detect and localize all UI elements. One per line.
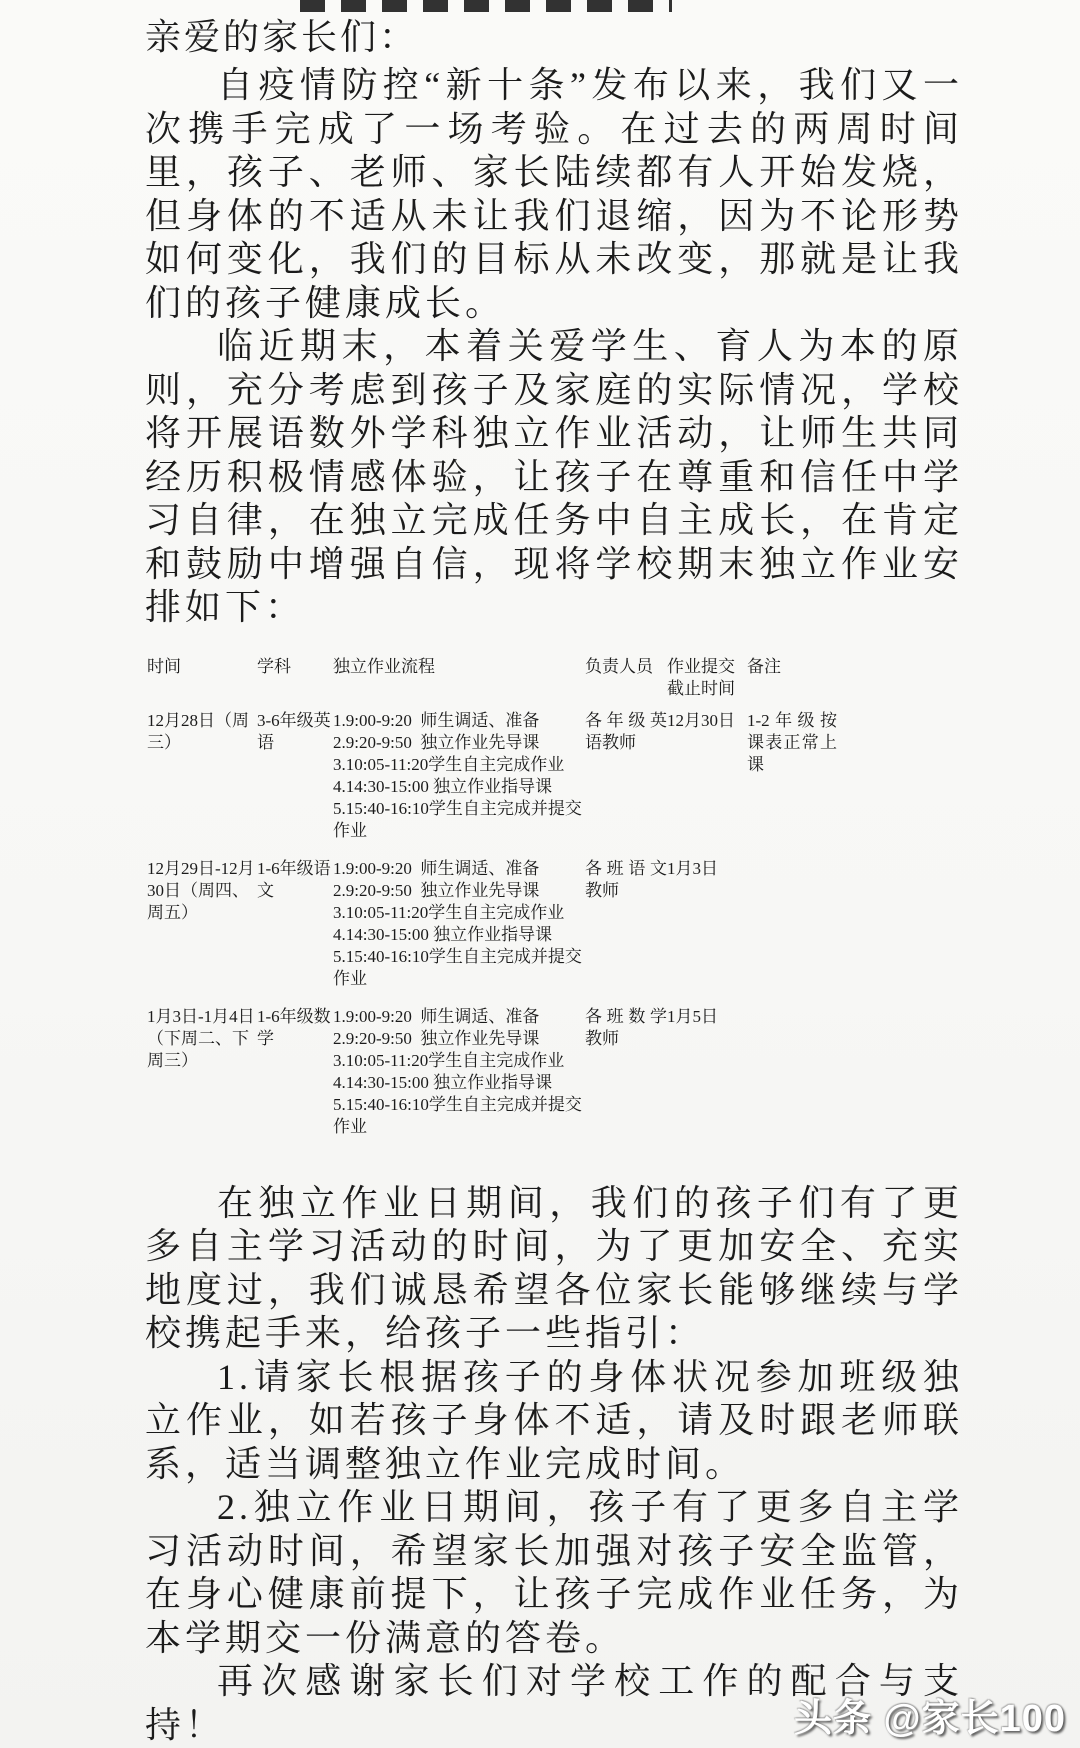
header-subject: 学科 <box>257 656 333 678</box>
header-person: 负责人员 <box>585 656 667 678</box>
schedule-header-row: 时间 学科 独立作业流程 负责人员 作业提交 截止时间 备注 <box>147 656 847 700</box>
cell-person: 各班数学教师 <box>585 1006 667 1050</box>
letter-body: 亲爱的家长们： 自疫情防控“新十条”发布以来，我们又一次携手完成了一场考验。在过… <box>145 14 963 1747</box>
header-flow: 独立作业流程 <box>333 656 585 678</box>
paragraph-guidance-intro: 在独立作业日期间，我们的孩子们有了更多自主学习活动的时间，为了更加安全、充实地度… <box>145 1182 963 1356</box>
cell-flow: 1.9:00-9:20 师生调适、准备 2.9:20-9:50 独立作业先导课 … <box>333 710 585 842</box>
paragraph-arrangement: 临近期末，本着关爱学生、育人为本的原则，充分考虑到孩子及家庭的实际情况，学校将开… <box>145 325 963 630</box>
header-deadline: 作业提交 截止时间 <box>667 656 747 700</box>
toutiao-watermark: 头条 @家长100 <box>794 1687 1066 1742</box>
paragraph-intro: 自疫情防控“新十条”发布以来，我们又一次携手完成了一场考验。在过去的两周时间里，… <box>145 64 963 325</box>
cell-flow: 1.9:00-9:20 师生调适、准备 2.9:20-9:50 独立作业先导课 … <box>333 858 585 990</box>
header-note: 备注 <box>747 656 837 678</box>
cell-deadline: 1月5日 <box>667 1006 747 1028</box>
cell-subject: 1-6年级数学 <box>257 1006 333 1050</box>
table-row: 12月28日（周三） 3-6年级英语 1.9:00-9:20 师生调适、准备 2… <box>147 710 847 842</box>
cell-deadline: 1月3日 <box>667 858 747 880</box>
table-row: 1月3日-1月4日（下周二、下周三） 1-6年级数学 1.9:00-9:20 师… <box>147 1006 847 1138</box>
cell-time: 1月3日-1月4日（下周二、下周三） <box>147 1006 257 1072</box>
cropped-heading-fragment <box>300 0 672 12</box>
scanned-letter-page: 亲爱的家长们： 自疫情防控“新十条”发布以来，我们又一次携手完成了一场考验。在过… <box>0 0 1080 1748</box>
cell-flow: 1.9:00-9:20 师生调适、准备 2.9:20-9:50 独立作业先导课 … <box>333 1006 585 1138</box>
salutation: 亲爱的家长们： <box>145 14 963 60</box>
paragraph-guidance-2: 2.独立作业日期间，孩子有了更多自主学习活动时间，希望家长加强对孩子安全监管，在… <box>145 1486 963 1660</box>
cell-person: 各年级英语教师 <box>585 710 667 754</box>
schedule-table: 时间 学科 独立作业流程 负责人员 作业提交 截止时间 备注 12月28日（周三… <box>147 656 847 1138</box>
cell-subject: 3-6年级英语 <box>257 710 333 754</box>
cell-note: 1-2年级按课表正常上课 <box>747 710 837 776</box>
cell-deadline: 12月30日 <box>667 710 747 732</box>
cell-subject: 1-6年级语文 <box>257 858 333 902</box>
closing-section: 在独立作业日期间，我们的孩子们有了更多自主学习活动的时间，为了更加安全、充实地度… <box>145 1182 963 1748</box>
table-row: 12月29日-12月30日（周四、周五） 1-6年级语文 1.9:00-9:20… <box>147 858 847 990</box>
paragraph-guidance-1: 1.请家长根据孩子的身体状况参加班级独立作业，如若孩子身体不适，请及时跟老师联系… <box>145 1356 963 1487</box>
cell-time: 12月28日（周三） <box>147 710 257 754</box>
header-time: 时间 <box>147 656 257 678</box>
cell-person: 各班语文教师 <box>585 858 667 902</box>
cell-time: 12月29日-12月30日（周四、周五） <box>147 858 257 924</box>
